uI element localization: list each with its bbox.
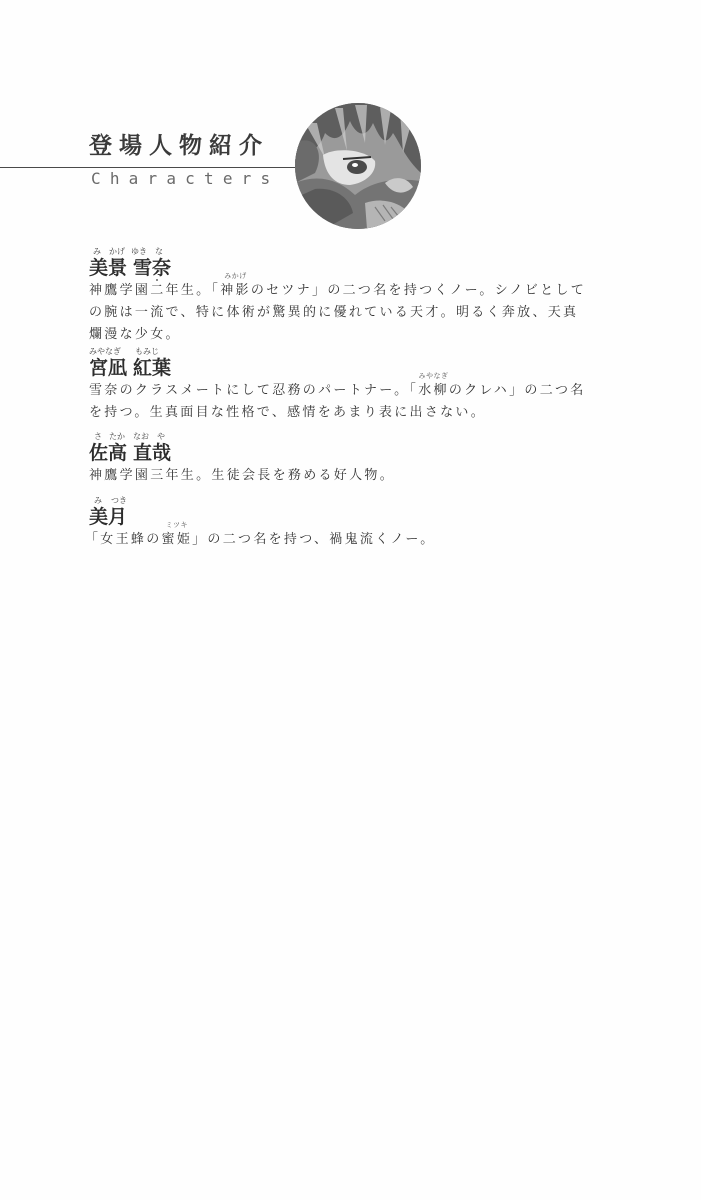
- character-entry-naoya: さ たか なお や 佐高直哉 神鷹学園三年生。生徒会長を務める好人物。: [89, 432, 559, 487]
- inline-ruby: みやなぎ水柳: [418, 380, 449, 402]
- ruby-reading: かげ: [109, 247, 125, 257]
- ruby-reading: みやなぎ: [89, 347, 121, 357]
- ruby-reading: つき: [111, 496, 127, 506]
- name-ruby: さ たか なお や: [89, 432, 559, 442]
- text-segment: 年生。「: [166, 283, 221, 298]
- name-ruby: み つき: [89, 496, 559, 506]
- family-name: 宮凪: [89, 357, 127, 379]
- ruby-reading: さ: [94, 432, 102, 442]
- description-line: 雪奈のクラスメートにして忍務のパートナー。「みやなぎ水柳のクレハ」の二つ名: [89, 380, 559, 402]
- character-name: 美景雪奈: [89, 257, 559, 279]
- ruby-reading: みやなぎ: [418, 372, 449, 380]
- ruby-reading: みかげ: [220, 272, 251, 280]
- ruby-reading: み: [94, 496, 102, 506]
- character-description: 雪奈のクラスメートにして忍務のパートナー。「みやなぎ水柳のクレハ」の二つ名 を持…: [89, 380, 559, 424]
- ruby-reading: や: [157, 432, 165, 442]
- text-segment: のクレハ」の二つ名: [449, 383, 586, 398]
- ruby-base: 水柳: [418, 383, 449, 398]
- text-segment: のセツナ」の二つ名を持つくノー。シノビとして: [251, 283, 586, 298]
- character-portrait-icon: [295, 103, 421, 229]
- character-name: 宮凪紅葉: [89, 357, 559, 379]
- family-name: 佐高: [89, 442, 127, 464]
- name-ruby: み かげ ゆき な: [89, 247, 559, 257]
- ruby-reading: もみじ: [135, 347, 159, 357]
- ruby-reading: なお: [133, 432, 149, 442]
- text-segment: 雪奈のクラスメートにして忍務のパートナー。「: [89, 383, 418, 398]
- character-description: 神鷹学園二年生。「みかげ神影のセツナ」の二つ名を持つくノー。シノビとして の腕は…: [89, 280, 559, 346]
- ruby-reading: ゆき: [131, 247, 147, 257]
- description-line: 爛漫な少女。: [89, 324, 559, 346]
- ruby-base: 蜜姫: [162, 532, 193, 547]
- description-line: 神鷹学園二年生。「みかげ神影のセツナ」の二つ名を持つくノー。シノビとして: [89, 280, 559, 302]
- character-description: 神鷹学園三年生。生徒会長を務める好人物。: [89, 465, 559, 487]
- description-line: 神鷹学園三年生。生徒会長を務める好人物。: [89, 465, 559, 487]
- text-segment: 「女王蜂の: [85, 532, 162, 547]
- given-name: 直哉: [133, 442, 171, 464]
- description-line: を持つ。生真面目な性格で、感情をあまり表に出さない。: [89, 402, 559, 424]
- character-entry-mitsuki: み つき 美月 「女王蜂のミツキ蜜姫」の二つ名を持つ、禍鬼流くノー。: [89, 496, 559, 551]
- inline-ruby: ミツキ蜜姫: [162, 529, 193, 551]
- text-segment: 神鷹学園: [89, 283, 150, 298]
- ruby-reading: たか: [109, 432, 125, 442]
- family-name: 美景: [89, 257, 127, 279]
- family-name: 美月: [89, 506, 127, 528]
- ruby-reading: ミツキ: [162, 521, 193, 529]
- character-entry-momiji: みやなぎ もみじ 宮凪紅葉 雪奈のクラスメートにして忍務のパートナー。「みやなぎ…: [89, 347, 559, 424]
- ruby-base: 神影: [220, 283, 251, 298]
- ruby-reading: み: [93, 247, 101, 257]
- text-segment: 」の二つ名を持つ、禍鬼流くノー。: [192, 532, 435, 547]
- description-line: 「女王蜂のミツキ蜜姫」の二つ名を持つ、禍鬼流くノー。: [85, 529, 559, 551]
- character-name: 佐高直哉: [89, 442, 559, 464]
- page-title: 登場人物紹介: [89, 131, 269, 161]
- character-name: 美月: [89, 506, 559, 528]
- inline-ruby: みかげ神影: [220, 280, 251, 302]
- emphasis-mark: 二: [150, 280, 165, 302]
- page-subtitle: Characters: [91, 169, 279, 189]
- character-entry-yukina: み かげ ゆき な 美景雪奈 神鷹学園二年生。「みかげ神影のセツナ」の二つ名を持…: [89, 247, 559, 346]
- character-description: 「女王蜂のミツキ蜜姫」の二つ名を持つ、禍鬼流くノー。: [89, 529, 559, 551]
- name-ruby: みやなぎ もみじ: [89, 347, 559, 357]
- title-divider: [0, 167, 300, 168]
- ruby-reading: な: [155, 247, 163, 257]
- book-page: 登場人物紹介 Characters み かげ ゆき: [0, 0, 701, 1200]
- description-line: の腕は一流で、特に体術が驚異的に優れている天才。明るく奔放、天真: [89, 302, 559, 324]
- given-name: 雪奈: [133, 257, 171, 279]
- given-name: 紅葉: [133, 357, 171, 379]
